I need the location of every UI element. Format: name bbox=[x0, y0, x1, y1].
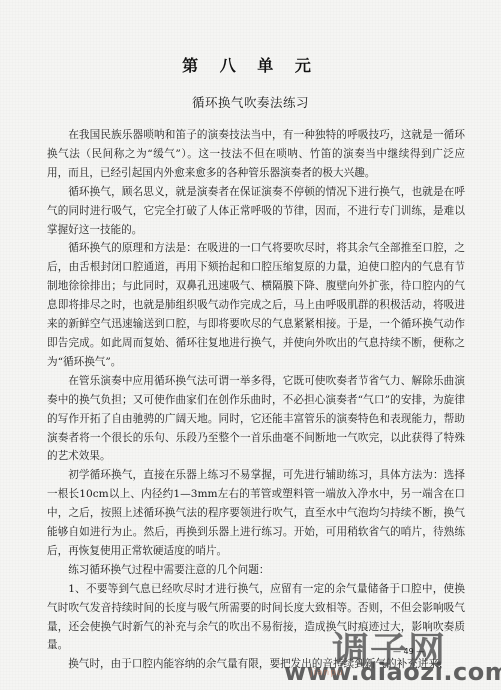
paragraph: 在管乐演奏中应用循环换气法可谓一举多得，它既可使吹奏者节省气力、解除乐曲演奏中的… bbox=[47, 372, 465, 467]
paragraph: 循环换气的原理和方法是：在吸进的一口气将要吹尽时，将其余气全部推至口腔，之后，由… bbox=[47, 239, 465, 371]
paragraph: 初学循环换气，直接在乐器上练习不易掌握，可先进行辅助练习，具体方法为：选择一根长… bbox=[47, 466, 465, 561]
watermark-faint-text: jianpu bbox=[310, 668, 344, 678]
page-number: — 49 — bbox=[393, 647, 424, 656]
body-text: 在我国民族乐器唢呐和笛子的演奏技法当中，有一种独特的呼吸技巧，这就是一循环换气法… bbox=[47, 126, 465, 674]
document-page: 第 八 单 元 循环换气吹奏法练习 在我国民族乐器唢呐和笛子的演奏技法当中，有一… bbox=[0, 0, 501, 690]
paragraph: 在我国民族乐器唢呐和笛子的演奏技法当中，有一种独特的呼吸技巧，这就是一循环换气法… bbox=[47, 126, 465, 183]
paragraph: 练习循环换气过程中需要注意的几个问题： bbox=[47, 561, 465, 580]
paragraph: 循环换气，顾名思义，就是演奏者在保证演奏不停顿的情况下进行换气，也就是在呼气的同… bbox=[47, 183, 465, 240]
unit-title: 第 八 单 元 bbox=[0, 53, 501, 76]
section-title: 循环换气吹奏法练习 bbox=[0, 93, 501, 111]
